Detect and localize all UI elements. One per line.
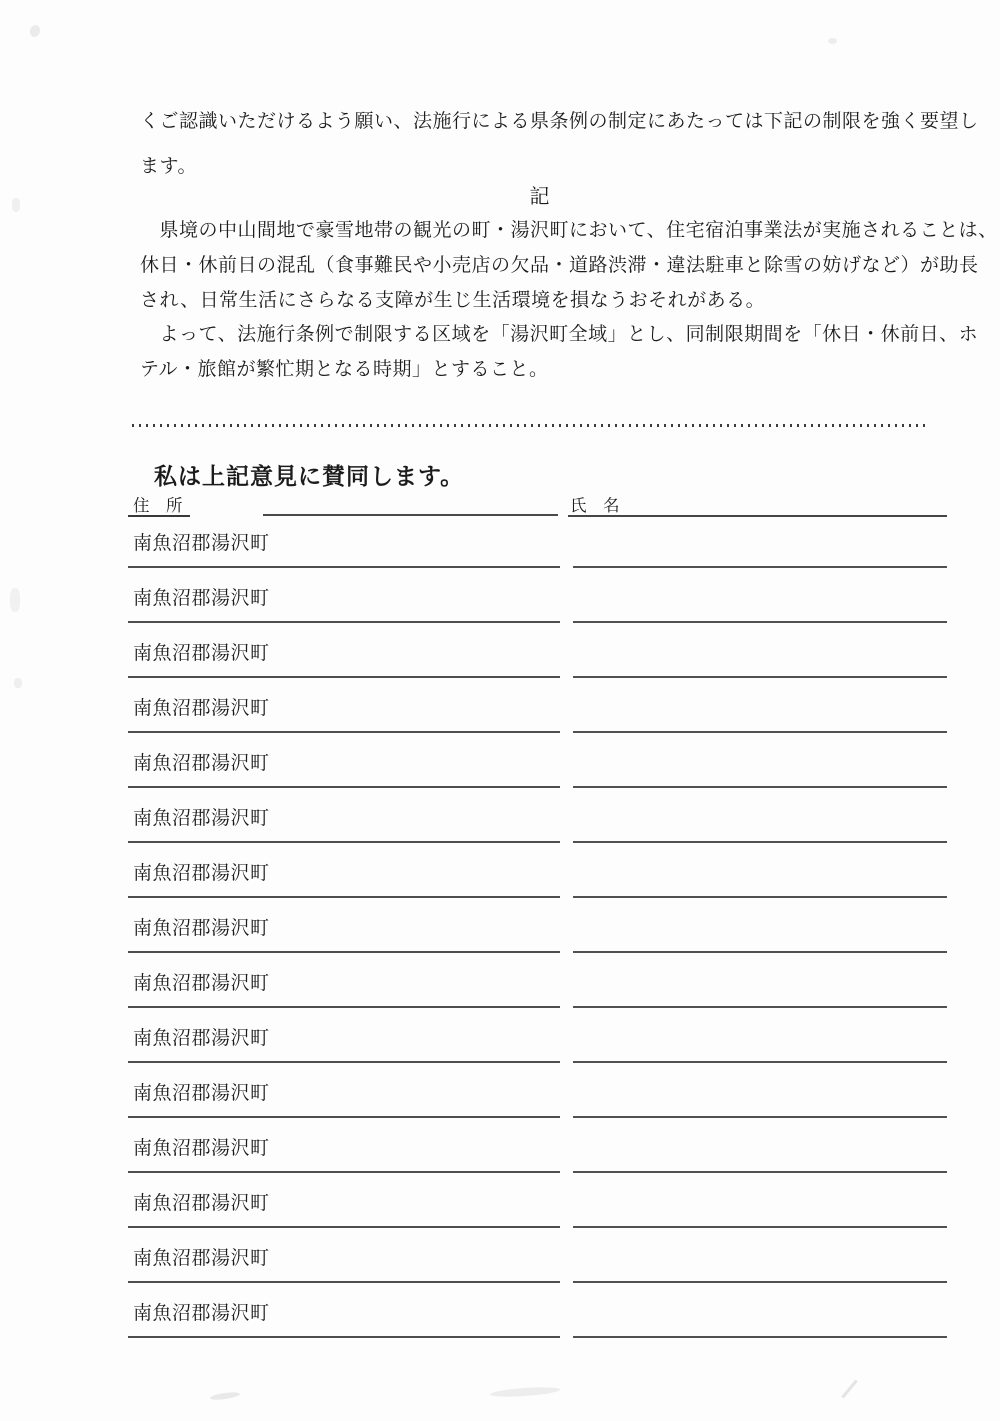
scan-artifact [12,198,20,212]
body-line: され、日常生活にさらなる支障が生じ生活環境を損なうおそれがある。 [140,283,960,318]
signature-row: 南魚沼郡湯沢町 [128,898,947,953]
scan-artifact [828,38,837,44]
signature-row: 南魚沼郡湯沢町 [128,788,947,843]
scanned-petition-page: くご認識いただけるよう願い、法施行による県条例の制定にあたっては下記の制限を強く… [0,0,1000,1421]
signature-row: 南魚沼郡湯沢町 [128,1063,947,1118]
address-value: 南魚沼郡湯沢町 [133,1078,270,1105]
signature-row: 南魚沼郡湯沢町 [128,953,947,1008]
name-signature-line [573,1336,947,1338]
scan-artifact [210,1391,241,1401]
intro-paragraph: くご認識いただけるよう願い、法施行による県条例の制定にあたっては下記の制限を強く… [140,99,960,189]
signature-row: 南魚沼郡湯沢町 [128,568,947,623]
scan-artifact [10,588,20,612]
address-value: 南魚沼郡湯沢町 [133,748,270,775]
intro-line: くご認識いただけるよう願い、法施行による県条例の制定にあたっては下記の制限を強く… [140,99,960,144]
signature-row: 南魚沼郡湯沢町 [128,678,947,733]
scan-artifact [490,1386,560,1399]
body-line: 県境の中山間地で豪雪地帯の観光の町・湯沢町において、住宅宿泊事業法が実施されるこ… [140,213,960,248]
signature-row: 南魚沼郡湯沢町 [128,513,947,568]
signature-row: 南魚沼郡湯沢町 [128,623,947,678]
address-value: 南魚沼郡湯沢町 [133,913,270,940]
signature-row: 南魚沼郡湯沢町 [128,1008,947,1063]
body-line: よって、法施行条例で制限する区域を「湯沢町全域」とし、同制限期間を「休日・休前日… [140,317,960,352]
signature-row: 南魚沼郡湯沢町 [128,733,947,788]
body-paragraph: よって、法施行条例で制限する区域を「湯沢町全域」とし、同制限期間を「休日・休前日… [140,317,960,387]
body-line: テル・旅館が繁忙期となる時期」とすること。 [140,352,960,387]
address-value: 南魚沼郡湯沢町 [133,528,270,555]
signature-row: 南魚沼郡湯沢町 [128,1283,947,1338]
address-value: 南魚沼郡湯沢町 [133,1188,270,1215]
address-value: 南魚沼郡湯沢町 [133,1133,270,1160]
section-marker-ki: 記 [140,180,940,209]
dotted-separator [132,424,925,427]
signature-row: 南魚沼郡湯沢町 [128,1118,947,1173]
scan-artifact [841,1380,857,1399]
address-value: 南魚沼郡湯沢町 [133,858,270,885]
address-value: 南魚沼郡湯沢町 [133,1023,270,1050]
address-rule-line [128,1336,560,1338]
signature-row: 南魚沼郡湯沢町 [128,1228,947,1283]
body-paragraph: 県境の中山間地で豪雪地帯の観光の町・湯沢町において、住宅宿泊事業法が実施されるこ… [140,213,960,318]
scan-artifact [28,24,42,39]
agreement-statement: 私は上記意見に賛同します。 [154,458,464,491]
address-value: 南魚沼郡湯沢町 [133,638,270,665]
address-value: 南魚沼郡湯沢町 [133,1298,270,1325]
scan-artifact [14,678,22,688]
address-value: 南魚沼郡湯沢町 [133,803,270,830]
address-value: 南魚沼郡湯沢町 [133,968,270,995]
body-line: 休日・休前日の混乱（食事難民や小売店の欠品・道路渋滞・違法駐車と除雪の妨げなど）… [140,248,960,283]
address-value: 南魚沼郡湯沢町 [133,583,270,610]
signature-row: 南魚沼郡湯沢町 [128,843,947,898]
signature-row: 南魚沼郡湯沢町 [128,1173,947,1228]
signature-table: 南魚沼郡湯沢町 南魚沼郡湯沢町 南魚沼郡湯沢町 南魚沼郡湯沢町 南魚沼郡湯沢町 [128,513,947,1338]
address-value: 南魚沼郡湯沢町 [133,1243,270,1270]
address-value: 南魚沼郡湯沢町 [133,693,270,720]
